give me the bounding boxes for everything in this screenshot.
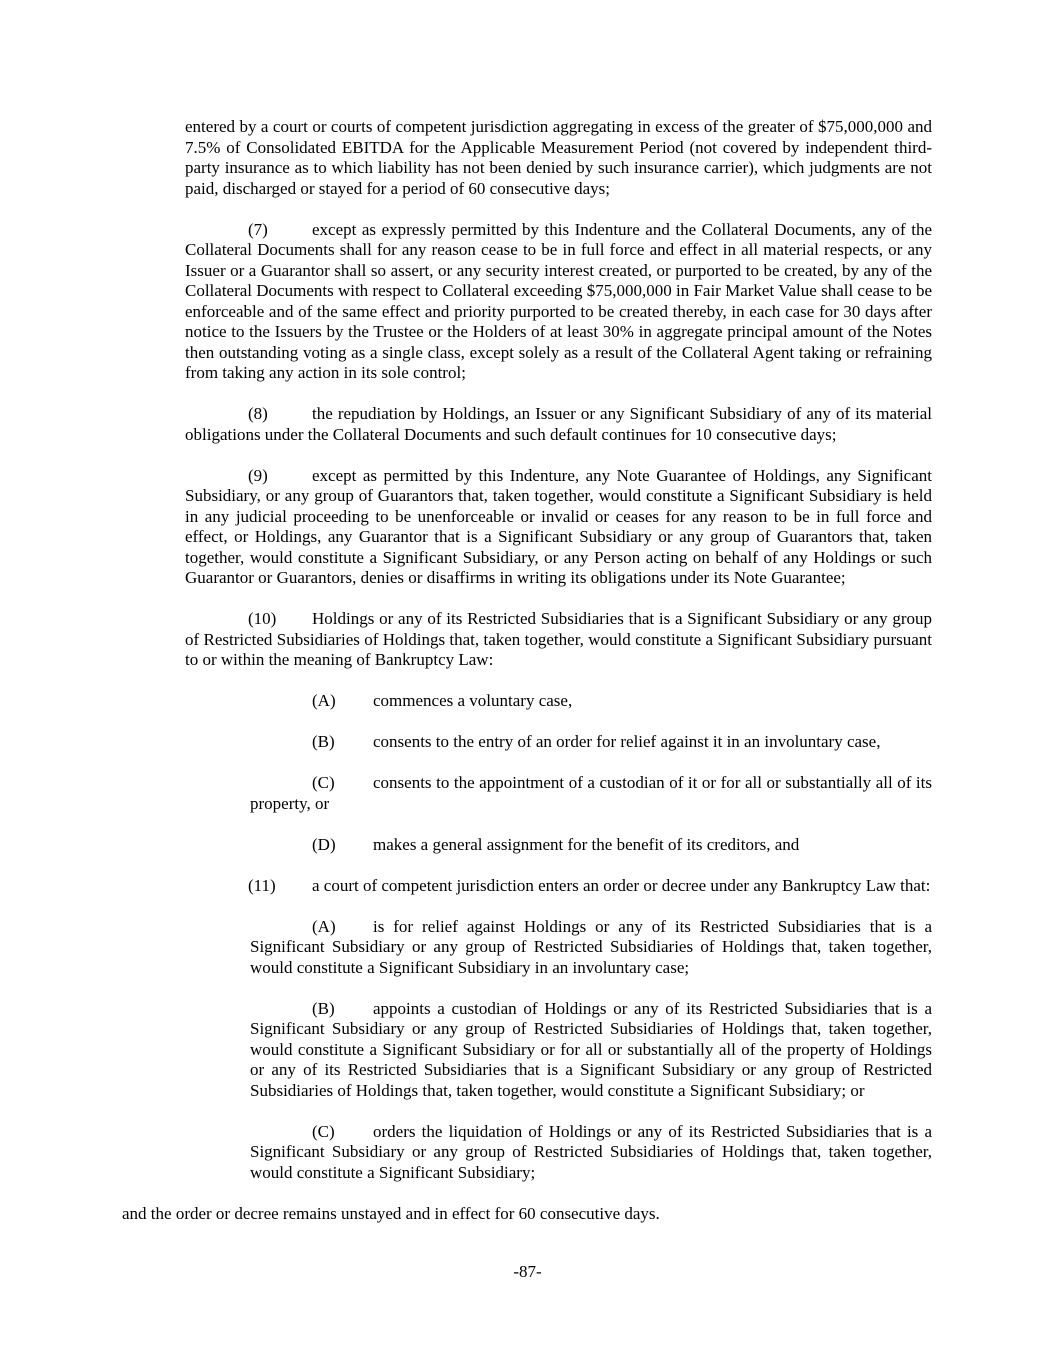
subclause-text: commences a voluntary case, xyxy=(373,691,572,710)
clause-number: (8) xyxy=(248,404,312,425)
subclause-letter: (C) xyxy=(312,1122,373,1143)
clause-10-C: (C)consents to the appointment of a cust… xyxy=(250,773,932,814)
subclause-letter: (A) xyxy=(312,691,373,712)
clause-11-C: (C)orders the liquidation of Holdings or… xyxy=(250,1122,932,1184)
subclause-letter: (D) xyxy=(312,835,373,856)
clause-number: (9) xyxy=(248,466,312,487)
subclause-text: consents to the entry of an order for re… xyxy=(373,732,880,751)
clause-10: (10)Holdings or any of its Restricted Su… xyxy=(185,609,932,671)
page-number: -87- xyxy=(0,1262,1055,1283)
clause-8: (8)the repudiation by Holdings, an Issue… xyxy=(185,404,932,445)
clause-number: (11) xyxy=(248,876,312,897)
closing-text: and the order or decree remains unstayed… xyxy=(122,1204,660,1223)
subclause-letter: (C) xyxy=(312,773,373,794)
clause-11-A: (A)is for relief against Holdings or any… xyxy=(250,917,932,979)
clause-text: except as expressly permitted by this In… xyxy=(185,220,932,383)
closing-paragraph: and the order or decree remains unstayed… xyxy=(122,1204,932,1225)
document-body: entered by a court or courts of competen… xyxy=(122,117,932,1245)
clause-11: (11)a court of competent jurisdiction en… xyxy=(185,876,932,897)
clause-text: a court of competent jurisdiction enters… xyxy=(312,876,930,895)
clause-7: (7)except as expressly permitted by this… xyxy=(185,220,932,384)
document-page: entered by a court or courts of competen… xyxy=(0,0,1055,1365)
clause-10-D: (D)makes a general assignment for the be… xyxy=(250,835,932,856)
subclause-text: makes a general assignment for the benef… xyxy=(373,835,799,854)
clause-number: (10) xyxy=(248,609,312,630)
clause-11-B: (B)appoints a custodian of Holdings or a… xyxy=(250,999,932,1102)
clause-9: (9)except as permitted by this Indenture… xyxy=(185,466,932,589)
paragraph-continuation: entered by a court or courts of competen… xyxy=(185,117,932,199)
clause-number: (7) xyxy=(248,220,312,241)
clause-10-B: (B)consents to the entry of an order for… xyxy=(250,732,932,753)
paragraph-text: entered by a court or courts of competen… xyxy=(185,117,932,198)
subclause-letter: (B) xyxy=(312,999,373,1020)
subclause-letter: (A) xyxy=(312,917,373,938)
subclause-letter: (B) xyxy=(312,732,373,753)
clause-10-A: (A)commences a voluntary case, xyxy=(250,691,932,712)
